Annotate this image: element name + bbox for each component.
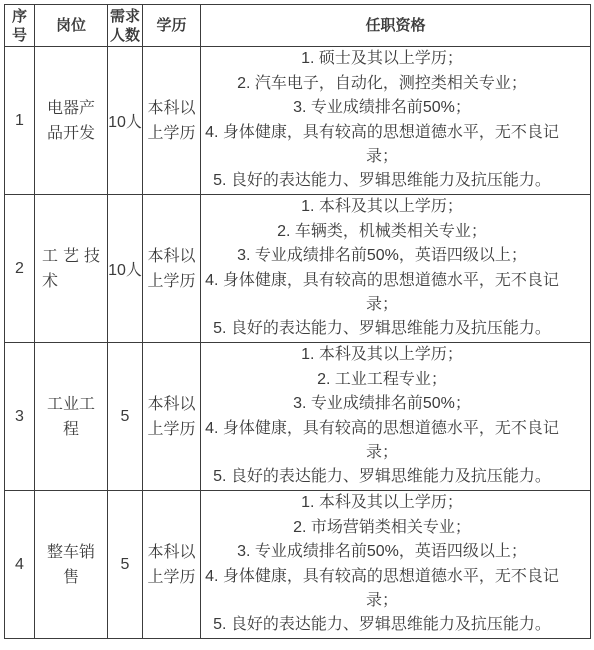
qualification-line: 2. 车辆类，机械类相关专业； (201, 220, 563, 244)
cell-headcount: 10人 (108, 47, 143, 195)
cell-qualifications: 1. 本科及其以上学历；2. 工业工程专业；3. 专业成绩排名前50%；4. 身… (201, 343, 591, 491)
qualification-line: 5. 良好的表达能力、罗辑思维能力及抗压能力。 (201, 613, 563, 637)
qualification-line: 4. 身体健康，具有较高的思想道德水平，无不良记录； (201, 417, 563, 466)
qualification-line: 5. 良好的表达能力、罗辑思维能力及抗压能力。 (201, 465, 563, 489)
header-cell-position: 岗位 (35, 5, 108, 47)
qualification-line: 4. 身体健康，具有较高的思想道德水平，无不良记录； (201, 565, 563, 614)
qualification-line: 5. 良好的表达能力、罗辑思维能力及抗压能力。 (201, 169, 563, 193)
qualification-line: 3. 专业成绩排名前50%，英语四级以上； (201, 540, 563, 564)
qualification-line: 2. 工业工程专业； (201, 368, 563, 392)
table-row: 1电器产品开发10人本科以上学历1. 硕士及其以上学历；2. 汽车电子，自动化，… (5, 47, 591, 195)
header-cell-headcount: 需求人数 (108, 5, 143, 47)
cell-education: 本科以上学历 (143, 491, 201, 639)
position-label: 工业工程 (42, 392, 100, 442)
cell-qualifications: 1. 硕士及其以上学历；2. 汽车电子，自动化，测控类相关专业；3. 专业成绩排… (201, 47, 591, 195)
cell-headcount: 5 (108, 343, 143, 491)
qualification-line: 3. 专业成绩排名前50%； (201, 96, 563, 120)
table-row: 2工艺技术10人本科以上学历1. 本科及其以上学历；2. 车辆类，机械类相关专业… (5, 195, 591, 343)
qualification-line: 3. 专业成绩排名前50%； (201, 392, 563, 416)
header-cell-number: 序号 (5, 5, 35, 47)
qualification-line: 4. 身体健康，具有较高的思想道德水平，无不良记录； (201, 269, 563, 318)
table-row: 4整车销售5本科以上学历1. 本科及其以上学历；2. 市场营销类相关专业；3. … (5, 491, 591, 639)
recruitment-table: 序号岗位需求人数学历任职资格 1电器产品开发10人本科以上学历1. 硕士及其以上… (4, 4, 591, 639)
qualification-line: 1. 本科及其以上学历； (201, 343, 563, 367)
table-row: 3工业工程5本科以上学历1. 本科及其以上学历；2. 工业工程专业；3. 专业成… (5, 343, 591, 491)
education-label: 本科以上学历 (147, 392, 197, 442)
education-label: 本科以上学历 (147, 540, 197, 590)
qualification-line: 2. 市场营销类相关专业； (201, 516, 563, 540)
cell-qualifications: 1. 本科及其以上学历；2. 车辆类，机械类相关专业；3. 专业成绩排名前50%… (201, 195, 591, 343)
cell-number: 3 (5, 343, 35, 491)
qualification-line: 2. 汽车电子，自动化，测控类相关专业； (201, 72, 563, 96)
qualification-line: 5. 良好的表达能力、罗辑思维能力及抗压能力。 (201, 317, 563, 341)
page: 序号岗位需求人数学历任职资格 1电器产品开发10人本科以上学历1. 硕士及其以上… (0, 0, 594, 650)
qualification-line: 3. 专业成绩排名前50%，英语四级以上； (201, 244, 563, 268)
qualification-line: 1. 本科及其以上学历； (201, 195, 563, 219)
cell-headcount: 10人 (108, 195, 143, 343)
position-label: 工艺技术 (42, 244, 100, 294)
cell-education: 本科以上学历 (143, 195, 201, 343)
position-label: 整车销售 (42, 540, 100, 590)
education-label: 本科以上学历 (147, 244, 197, 294)
qualification-line: 4. 身体健康，具有较高的思想道德水平，无不良记录； (201, 121, 563, 170)
education-label: 本科以上学历 (147, 96, 197, 146)
position-label: 电器产品开发 (42, 96, 100, 146)
cell-headcount: 5 (108, 491, 143, 639)
cell-position: 工艺技术 (35, 195, 108, 343)
cell-education: 本科以上学历 (143, 47, 201, 195)
cell-position: 工业工程 (35, 343, 108, 491)
cell-number: 2 (5, 195, 35, 343)
cell-number: 1 (5, 47, 35, 195)
cell-number: 4 (5, 491, 35, 639)
cell-education: 本科以上学历 (143, 343, 201, 491)
header-cell-qualifications: 任职资格 (201, 5, 591, 47)
cell-position: 整车销售 (35, 491, 108, 639)
cell-qualifications: 1. 本科及其以上学历；2. 市场营销类相关专业；3. 专业成绩排名前50%，英… (201, 491, 591, 639)
header-cell-education: 学历 (143, 5, 201, 47)
qualification-line: 1. 本科及其以上学历； (201, 491, 563, 515)
cell-position: 电器产品开发 (35, 47, 108, 195)
header-row: 序号岗位需求人数学历任职资格 (5, 5, 591, 47)
qualification-line: 1. 硕士及其以上学历； (201, 47, 563, 71)
